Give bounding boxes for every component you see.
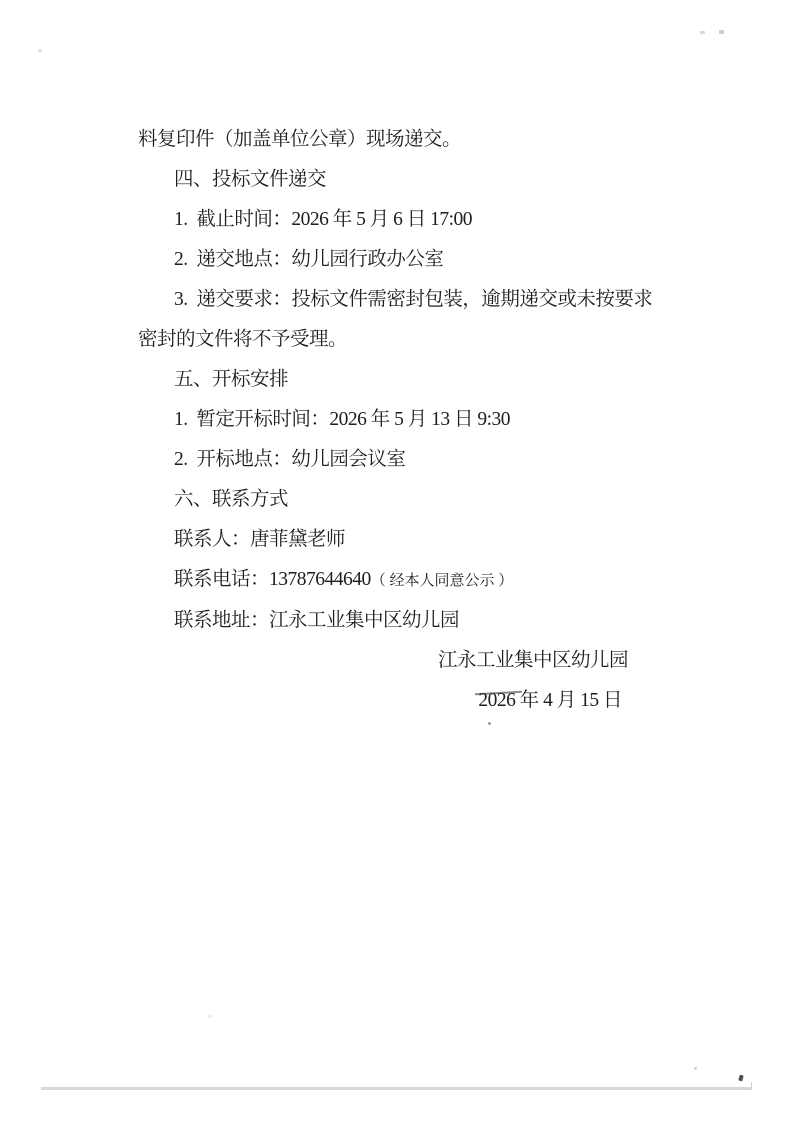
signature-date: 2026 年 4 月 15 日 [138, 681, 793, 721]
scan-speck [700, 31, 705, 34]
scan-speck [738, 1075, 743, 1082]
contact-phone-number: 联系电话：13787644640 [174, 569, 371, 590]
scan-speck [38, 49, 42, 52]
contact-phone-line: 联系电话：13787644640（ 经本人同意公示 ） [138, 560, 793, 601]
item-bid-opening-place: 2. 开标地点：幼儿园会议室 [138, 440, 793, 480]
item-bid-opening-time: 1. 暂定开标时间：2026 年 5 月 13 日 9:30 [138, 400, 793, 440]
scan-speck [719, 30, 724, 34]
contact-phone-note: （ 经本人同意公示 ） [371, 573, 514, 589]
contact-person: 联系人：唐菲黛老师 [138, 520, 793, 560]
document-body: 料复印件（加盖单位公章）现场递交。 四、投标文件递交 1. 截止时间：2026 … [138, 120, 793, 721]
section-5-heading: 五、开标安排 [138, 360, 793, 400]
scan-speck [208, 1015, 212, 1018]
body-line-requirement-continuation: 密封的文件将不予受理。 [138, 320, 793, 360]
section-4-heading: 四、投标文件递交 [138, 160, 793, 200]
body-line-materials: 料复印件（加盖单位公章）现场递交。 [138, 120, 793, 160]
contact-address: 联系地址：江永工业集中区幼儿园 [138, 601, 793, 641]
item-submission-requirement: 3. 递交要求：投标文件需密封包装，逾期递交或未按要求 [138, 280, 793, 320]
signature-date-year: 2026 [478, 681, 515, 721]
signature-organization: 江永工业集中区幼儿园 [138, 641, 793, 681]
scanner-shadow-line [41, 1087, 752, 1090]
scan-speck [694, 1067, 697, 1070]
item-submission-deadline: 1. 截止时间：2026 年 5 月 6 日 17:00 [138, 200, 793, 240]
signature-date-rest: 年 4 月 15 日 [515, 690, 622, 711]
item-submission-place: 2. 递交地点：幼儿园行政办公室 [138, 240, 793, 280]
scanned-document-page: 料复印件（加盖单位公章）现场递交。 四、投标文件递交 1. 截止时间：2026 … [0, 0, 793, 1122]
section-6-heading: 六、联系方式 [138, 480, 793, 520]
